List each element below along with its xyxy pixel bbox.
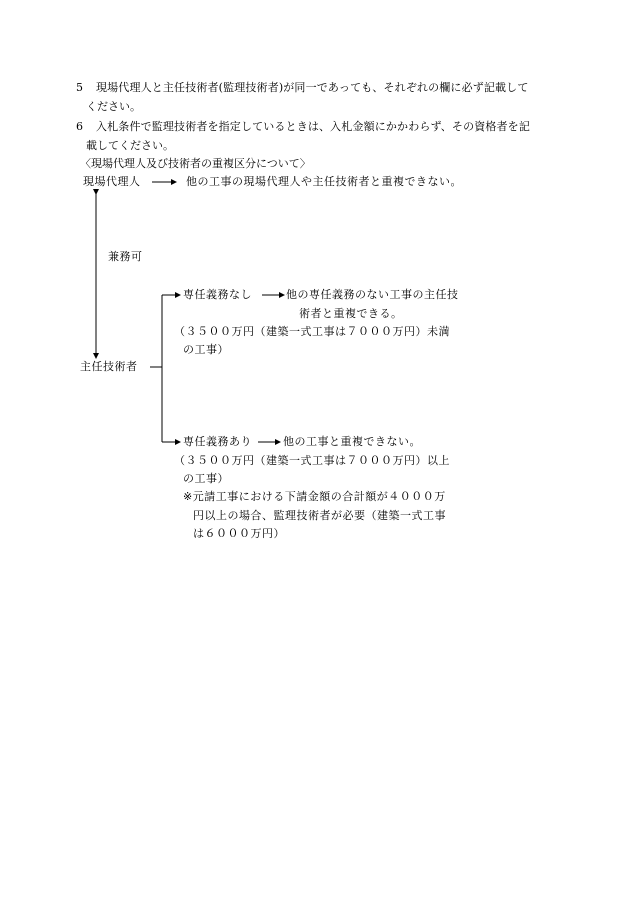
duty-result: 他の工事と重複できない。 [283,436,421,447]
duty-note-line1: ※元請工事における下請金額の合計額が４０００万 [183,491,446,502]
chief-engineer-label: 主任技術者 [80,361,138,372]
no-duty-result-line2: 術者と重複できる。 [299,308,403,319]
duty-note-line2: 円以上の場合、監理技術者が必要（建築一式工事 [193,510,446,521]
duty-label: 専任義務あり [183,436,252,447]
site-agent-result: 他の工事の現場代理人や主任技術者と重複できない。 [186,176,462,187]
diagram-connectors [0,0,630,903]
no-duty-result-line1: 他の専任義務のない工事の主任技 [286,289,459,300]
duty-condition-line2: の工事） [183,473,229,484]
duty-condition-line1: （３５００万円（建築一式工事は７０００万円）以上 [174,455,450,466]
duty-note-line3: は６０００万円） [193,528,285,539]
site-agent-label: 現場代理人 [83,176,141,187]
no-duty-condition-line1: （３５００万円（建築一式工事は７０００万円）未満 [174,326,450,337]
no-duty-condition-line2: の工事） [183,344,229,355]
concurrent-allowed-label: 兼務可 [108,251,143,262]
no-duty-label: 専任義務なし [183,289,252,300]
